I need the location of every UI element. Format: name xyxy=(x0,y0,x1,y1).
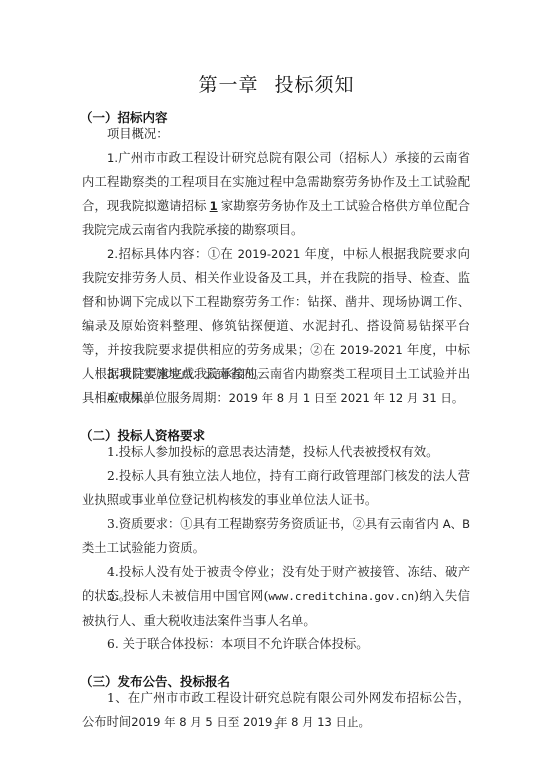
section2-paragraph-3: 3.资质要求：①具有工程勘察劳务资质证书，②具有云南省内 A、B 类土工试验能力… xyxy=(82,512,470,560)
bid-count: 1 xyxy=(207,199,221,213)
chapter-title: 第一章投标须知 xyxy=(0,70,553,97)
page-number: 3 xyxy=(0,722,553,731)
section1-paragraph-4: 4.中标单位服务周期：2019 年 8 月 1 日至 2021 年 12 月 3… xyxy=(82,386,470,410)
overview-label: 项目概况： xyxy=(82,122,470,146)
service-period: 2019 年 8 月 1 日至 2021 年 12 月 31 日。 xyxy=(229,391,464,405)
section2-paragraph-6: 6. 关于联合体投标：本项目不允许联合体投标。 xyxy=(82,632,470,656)
credit-china-url: www.creditchina.gov.cn xyxy=(268,590,414,603)
section2-paragraph-2: 2.投标人具有独立法人地位，持有工商行政管理部门核发的法人营业执照或事业单位登记… xyxy=(82,464,470,512)
section2-paragraph-1: 1.投标人参加投标的意思表达清楚，投标人代表被授权有效。 xyxy=(82,440,470,464)
document-page: 第一章投标须知 （一）招标内容 项目概况： 1.广州市市政工程设计研究总院有限公… xyxy=(0,0,553,782)
section1-paragraph-1: 1.广州市市政工程设计研究总院有限公司（招标人）承接的云南省内工程勘察类的工程项… xyxy=(82,146,470,242)
chapter-name: 投标须知 xyxy=(275,74,355,96)
chapter-number: 第一章 xyxy=(198,74,258,96)
section1-paragraph-3: 3.项目实施地点：云南省内。 xyxy=(82,362,470,386)
section2-paragraph-5: 5. 投标人未被信用中国官网(www.creditchina.gov.cn)纳入… xyxy=(82,584,470,633)
